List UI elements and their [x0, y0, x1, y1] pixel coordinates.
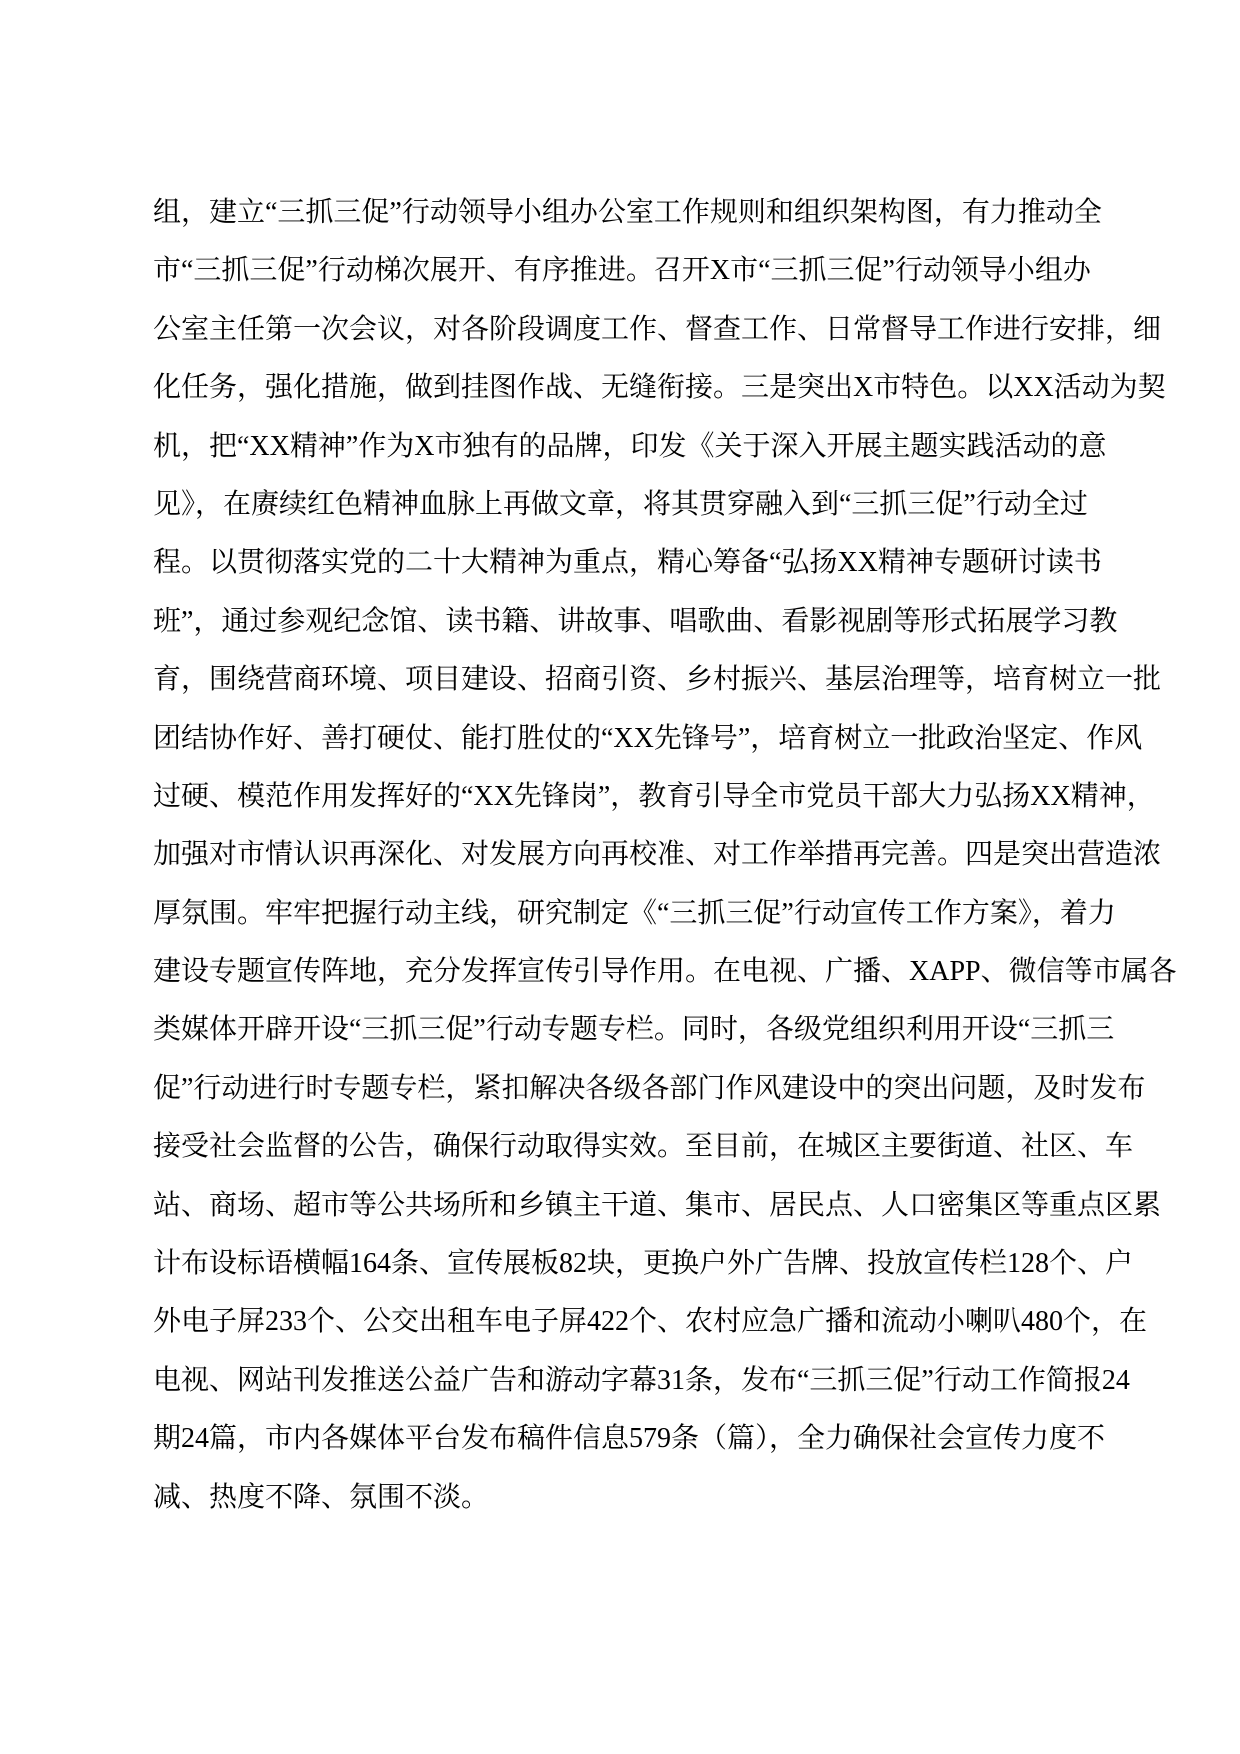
- text-line: 接受社会监督的公告，确保行动取得实效。至目前，在城区主要街道、社区、车: [153, 1118, 1087, 1176]
- text-line: 站、商场、超市等公共场所和乡镇主干道、集市、居民点、人口密集区等重点区累: [153, 1177, 1087, 1235]
- text-line: 化任务，强化措施，做到挂图作战、无缝衔接。三是突出X市特色。以XX活动为契: [153, 359, 1087, 417]
- text-line: 类媒体开辟开设“三抓三促”行动专题专栏。同时，各级党组织利用开设“三抓三: [153, 1001, 1087, 1059]
- text-line: 促”行动进行时专题专栏，紧扣解决各级各部门作风建设中的突出问题，及时发布: [153, 1060, 1087, 1118]
- text-line: 机，把“XX精神”作为X市独有的品牌，印发《关于深入开展主题实践活动的意: [153, 418, 1087, 476]
- text-line: 见》，在赓续红色精神血脉上再做文章，将其贯穿融入到“三抓三促”行动全过: [153, 476, 1087, 534]
- text-line: 外电子屏233个、公交出租车电子屏422个、农村应急广播和流动小喇叭480个，在: [153, 1293, 1087, 1351]
- text-line: 组，建立“三抓三促”行动领导小组办公室工作规则和组织架构图，有力推动全: [153, 184, 1087, 242]
- text-line: 电视、网站刊发推送公益广告和游动字幕31条，发布“三抓三促”行动工作简报24: [153, 1352, 1087, 1410]
- text-line: 程。以贯彻落实党的二十大精神为重点，精心筹备“弘扬XX精神专题研讨读书: [153, 534, 1087, 592]
- text-line: 期24篇，市内各媒体平台发布稿件信息579条（篇），全力确保社会宣传力度不: [153, 1410, 1087, 1468]
- text-line: 过硬、模范作用发挥好的“XX先锋岗”，教育引导全市党员干部大力弘扬XX精神，: [153, 768, 1087, 826]
- text-line: 减、热度不降、氛围不淡。: [153, 1469, 1087, 1527]
- text-line: 建设专题宣传阵地，充分发挥宣传引导作用。在电视、广播、XAPP、微信等市属各: [153, 943, 1087, 1001]
- text-line: 团结协作好、善打硬仗、能打胜仗的“XX先锋号”，培育树立一批政治坚定、作风: [153, 710, 1087, 768]
- text-line: 计布设标语横幅164条、宣传展板82块，更换户外广告牌、投放宣传栏128个、户: [153, 1235, 1087, 1293]
- text-line: 班”，通过参观纪念馆、读书籍、讲故事、唱歌曲、看影视剧等形式拓展学习教: [153, 593, 1087, 651]
- text-line: 市“三抓三促”行动梯次展开、有序推进。召开X市“三抓三促”行动领导小组办: [153, 242, 1087, 300]
- text-line: 育，围绕营商环境、项目建设、招商引资、乡村振兴、基层治理等，培育树立一批: [153, 651, 1087, 709]
- text-line: 厚氛围。牢牢把握行动主线，研究制定《“三抓三促”行动宣传工作方案》，着力: [153, 885, 1087, 943]
- document-page: 组，建立“三抓三促”行动领导小组办公室工作规则和组织架构图，有力推动全 市“三抓…: [0, 0, 1240, 1754]
- text-line: 公室主任第一次会议，对各阶段调度工作、督查工作、日常督导工作进行安排，细: [153, 301, 1087, 359]
- text-line: 加强对市情认识再深化、对发展方向再校准、对工作举措再完善。四是突出营造浓: [153, 826, 1087, 884]
- document-body: 组，建立“三抓三促”行动领导小组办公室工作规则和组织架构图，有力推动全 市“三抓…: [153, 184, 1087, 1527]
